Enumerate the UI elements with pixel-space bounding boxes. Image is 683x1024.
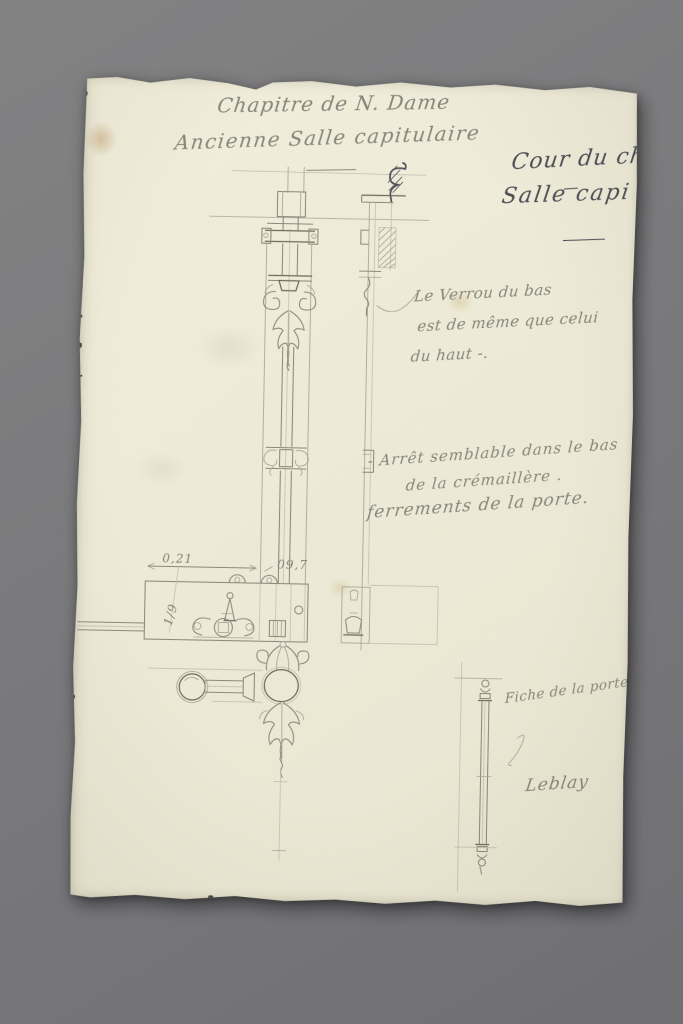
edge-speck bbox=[230, 898, 233, 901]
edge-speck bbox=[78, 435, 80, 438]
upper-keeper-ornament bbox=[263, 275, 316, 310]
hinge-pin-bottom-finial bbox=[475, 844, 490, 874]
hinge-pin-drawing bbox=[450, 662, 502, 893]
acanthus-pendant bbox=[259, 702, 304, 778]
paper-sheet-wrap: 0,21 09,7 1/9 bbox=[68, 75, 640, 910]
ink-scroll-moulding bbox=[388, 163, 406, 203]
construction-centerline bbox=[279, 769, 281, 861]
keyhole-circle bbox=[295, 606, 303, 614]
edge-speck bbox=[80, 285, 83, 289]
hinge-guide-line-bottom bbox=[454, 847, 497, 848]
bolt-head bbox=[277, 191, 305, 217]
profile-step-bracket bbox=[361, 230, 369, 244]
lock-case: 0,21 09,7 1/9 bbox=[77, 550, 439, 645]
lock-ornaments bbox=[193, 592, 303, 639]
central-boss bbox=[264, 669, 299, 702]
measurement-scale-note: 1/9 bbox=[161, 602, 181, 627]
knob-collar bbox=[243, 673, 255, 701]
measurement-width-left: 0,21 bbox=[162, 551, 193, 566]
title-line-1: Chapitre de N. Dame bbox=[216, 92, 451, 116]
measurement-width-right: 09,7 bbox=[277, 558, 308, 573]
palmette-ornament bbox=[257, 641, 310, 671]
right-keeper-box bbox=[341, 587, 370, 644]
profile-brackets bbox=[355, 271, 381, 472]
note-verrou: Le Verrou du bas est de même que celui d… bbox=[407, 272, 602, 372]
pencil-flourish bbox=[509, 735, 525, 766]
signature: Leblay bbox=[524, 774, 590, 796]
door-knob-assembly bbox=[145, 639, 309, 861]
knob-shaft bbox=[205, 680, 243, 693]
drawing-sheet: 0,21 09,7 1/9 bbox=[68, 75, 640, 910]
edge-speck bbox=[72, 725, 74, 728]
wall-hatching bbox=[378, 227, 396, 267]
hinge-pin-top-finial bbox=[478, 680, 492, 701]
photo-background: 0,21 09,7 1/9 bbox=[0, 0, 683, 1024]
right-rail bbox=[305, 244, 312, 584]
hinge-pin-rod bbox=[475, 700, 493, 844]
edge-speck bbox=[78, 405, 81, 409]
corner-note-line-2: Salle capi bbox=[500, 182, 632, 208]
bolt-side-profile bbox=[352, 162, 422, 651]
